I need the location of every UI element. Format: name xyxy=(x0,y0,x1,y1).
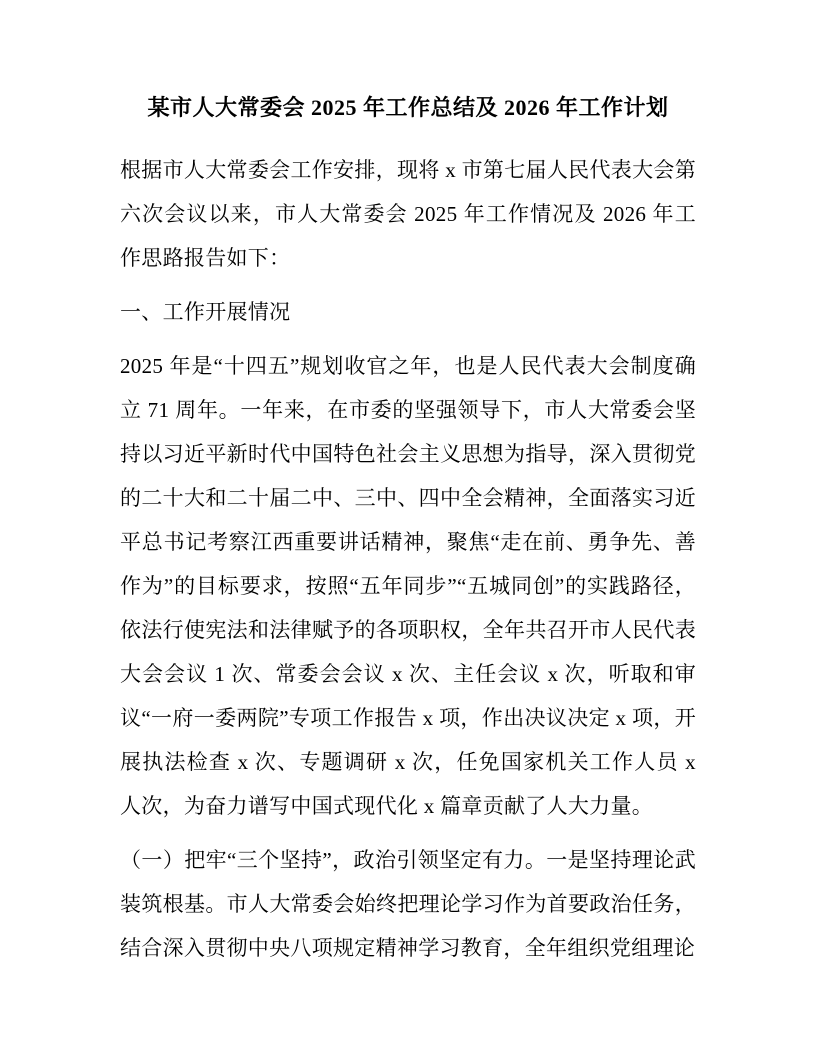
paragraph-political-guidance: （一）把牢“三个坚持”，政治引领坚定有力。一是坚持理论武装筑根基。市人大常委会始… xyxy=(120,838,696,970)
document-title: 某市人大常委会 2025 年工作总结及 2026 年工作计划 xyxy=(120,86,696,130)
paragraph-work-overview: 2025 年是“十四五”规划收官之年，也是人民代表大会制度确立 71 周年。一年… xyxy=(120,344,696,828)
paragraph-intro: 根据市人大常委会工作安排，现将 x 市第七届人民代表大会第六次会议以来，市人大常… xyxy=(120,148,696,280)
section-heading-1: 一、工作开展情况 xyxy=(120,290,696,334)
document-page: 某市人大常委会 2025 年工作总结及 2026 年工作计划 根据市人大常委会工… xyxy=(0,0,816,1056)
